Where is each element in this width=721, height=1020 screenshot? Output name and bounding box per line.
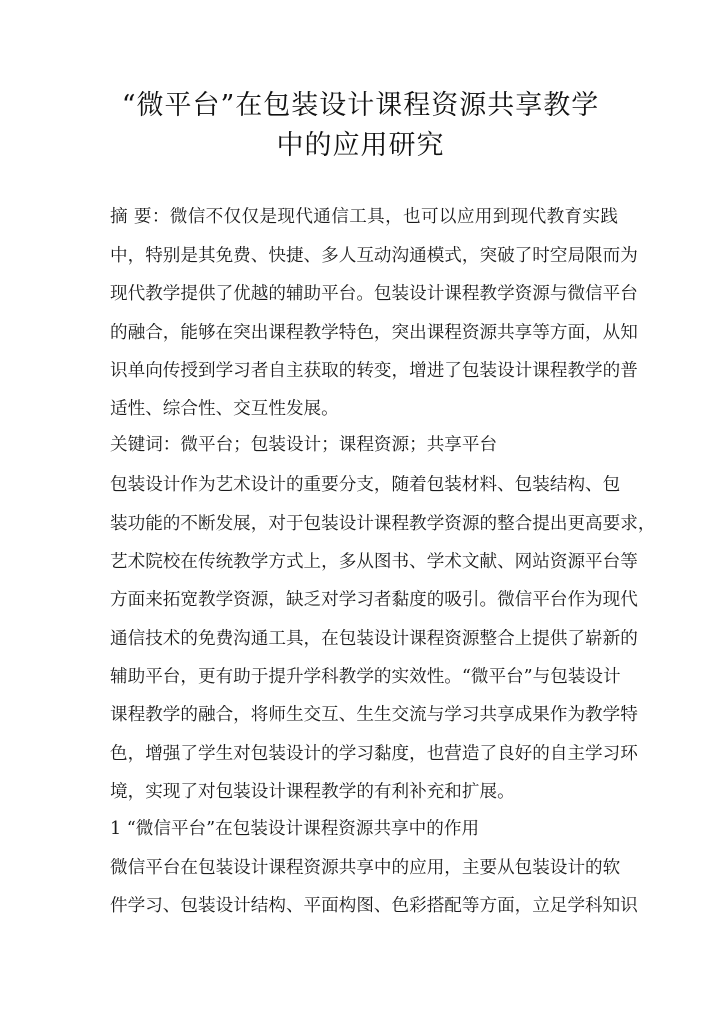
intro-line-7: 课程教学的融合，将师生交互、生生交流与学习共享成果作为教学特 (110, 704, 618, 726)
intro-line-5: 通信技术的免费沟通工具，在包装设计课程资源整合上提供了崭新的 (110, 628, 618, 650)
abstract-line-1: 摘 要：微信不仅仅是现代通信工具，也可以应用到现代教育实践 (110, 206, 618, 228)
intro-line-3: 艺术院校在传统教学方式上，多从图书、学术文献、网站资源平台等 (110, 551, 618, 573)
intro-line-9: 境，实现了对包装设计课程教学的有利补充和扩展。 (110, 781, 618, 803)
intro-line-2: 装功能的不断发展，对于包装设计课程教学资源的整合提出更高要求， (110, 513, 618, 535)
intro-line-6: 辅助平台，更有助于提升学科教学的实效性。“微平台”与包装设计 (110, 666, 618, 688)
intro-line-1: 包装设计作为艺术设计的重要分支，随着包装材料、包装结构、包 (110, 474, 618, 496)
abstract-line-6: 适性、综合性、交互性发展。 (110, 398, 618, 420)
intro-line-4: 方面来拓宽教学资源，缺乏对学习者黏度的吸引。微信平台作为现代 (110, 589, 618, 611)
abstract-line-5: 识单向传授到学习者自主获取的转变，增进了包装设计课程教学的普 (110, 360, 618, 382)
document-page: “微平台”在包装设计课程资源共享教学 中的应用研究 摘 要：微信不仅仅是现代通信… (0, 0, 721, 1020)
title-line-1: “微平台”在包装设计课程资源共享教学 (0, 90, 721, 122)
abstract-line-2: 中，特别是其免费、快捷、多人互动沟通模式，突破了时空局限而为 (110, 245, 618, 267)
section-line-2: 件学习、包装设计结构、平面构图、色彩搭配等方面，立足学科知识 (110, 895, 618, 917)
abstract-line-3: 现代教学提供了优越的辅助平台。包装设计课程教学资源与微信平台 (110, 283, 618, 305)
section-line-1: 微信平台在包装设计课程资源共享中的应用，主要从包装设计的软 (110, 857, 618, 879)
section-heading: 1 “微信平台”在包装设计课程资源共享中的作用 (110, 818, 618, 840)
abstract-line-4: 的融合，能够在突出课程教学特色，突出课程资源共享等方面，从知 (110, 322, 618, 344)
keywords-line: 关键词：微平台；包装设计；课程资源；共享平台 (110, 434, 618, 456)
intro-line-8: 色，增强了学生对包装设计的学习黏度，也营造了良好的自主学习环 (110, 743, 618, 765)
title-line-2: 中的应用研究 (0, 130, 721, 162)
